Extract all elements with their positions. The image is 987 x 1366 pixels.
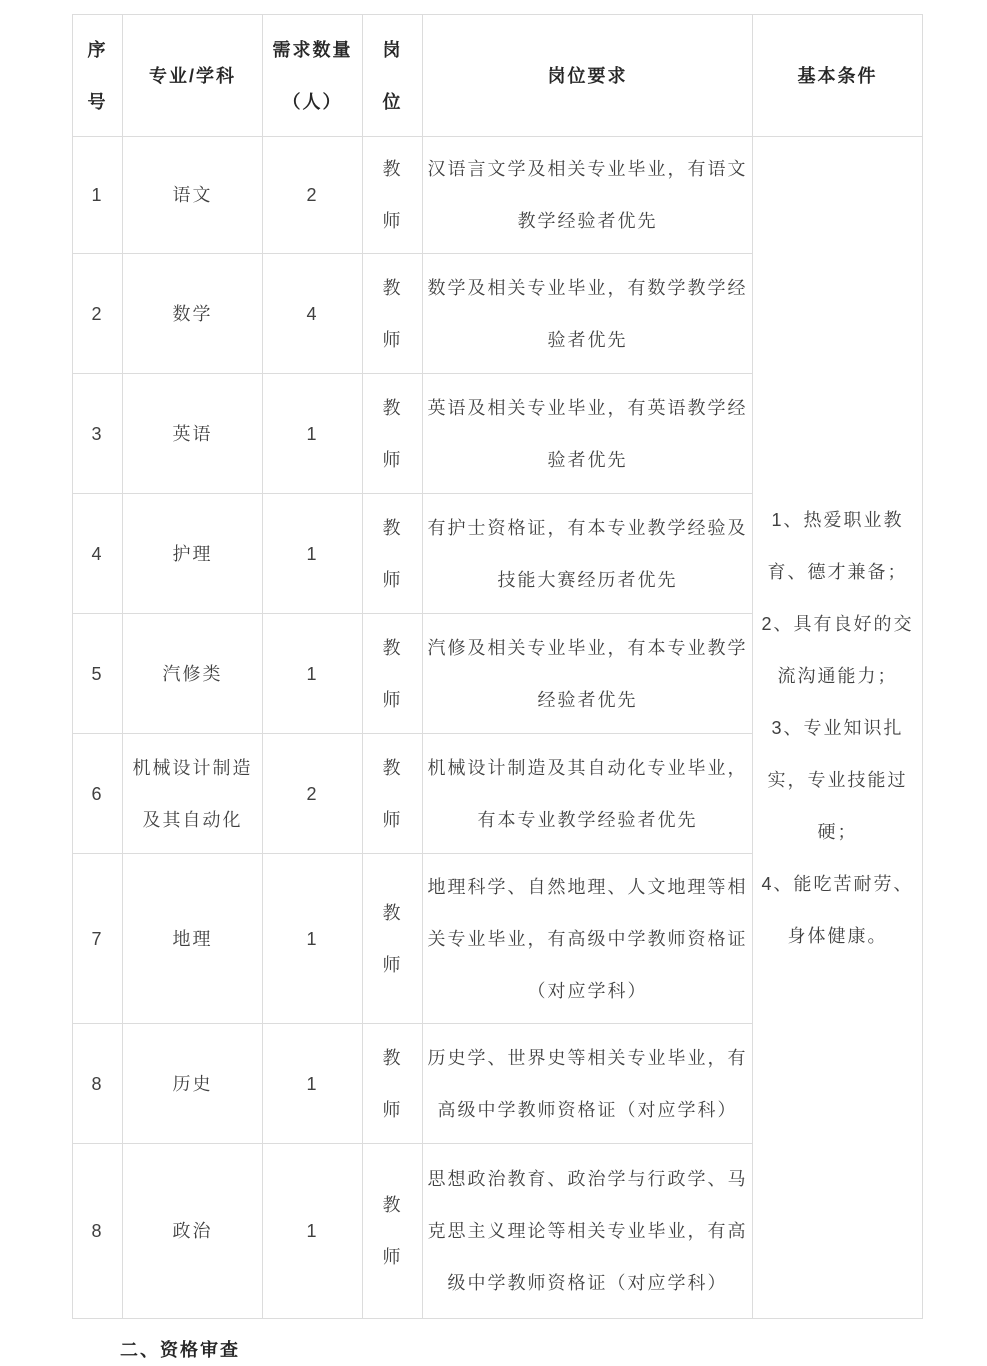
- cell-major: 英语: [123, 374, 263, 494]
- cell-count: 1: [263, 1144, 363, 1319]
- section-heading: 二、资格审查: [120, 1336, 240, 1364]
- cell-index: 7: [73, 854, 123, 1024]
- cell-major: 语文: [123, 137, 263, 254]
- cell-position: 教 师: [363, 734, 423, 854]
- cell-index: 8: [73, 1144, 123, 1319]
- cell-major: 地理: [123, 854, 263, 1024]
- cell-major: 汽修类: [123, 614, 263, 734]
- cell-position: 教 师: [363, 614, 423, 734]
- col-header-index: 序 号: [73, 15, 123, 137]
- cell-count: 1: [263, 1024, 363, 1144]
- cell-index: 5: [73, 614, 123, 734]
- cell-index: 3: [73, 374, 123, 494]
- cell-count: 1: [263, 494, 363, 614]
- recruitment-table: 序 号 专业/学科 需求数量 （人） 岗 位 岗位要求 基本条件 1 语文 2 …: [72, 14, 923, 1319]
- cell-requirements: 地理科学、自然地理、人文地理等相关专业毕业，有高级中学教师资格证（对应学科）: [423, 854, 753, 1024]
- cell-requirements: 机械设计制造及其自动化专业毕业，有本专业教学经验者优先: [423, 734, 753, 854]
- cell-index: 6: [73, 734, 123, 854]
- cell-requirements: 汉语言文学及相关专业毕业，有语文教学经验者优先: [423, 137, 753, 254]
- cell-position: 教 师: [363, 494, 423, 614]
- table-row: 1 语文 2 教 师 汉语言文学及相关专业毕业，有语文教学经验者优先 1、热爱职…: [73, 137, 923, 254]
- cell-requirements: 历史学、世界史等相关专业毕业，有高级中学教师资格证（对应学科）: [423, 1024, 753, 1144]
- cell-index: 4: [73, 494, 123, 614]
- cell-major: 政治: [123, 1144, 263, 1319]
- cell-position: 教 师: [363, 254, 423, 374]
- cell-major: 历史: [123, 1024, 263, 1144]
- cell-major: 数学: [123, 254, 263, 374]
- cell-count: 2: [263, 734, 363, 854]
- col-header-conditions: 基本条件: [753, 15, 923, 137]
- cell-requirements: 有护士资格证，有本专业教学经验及技能大赛经历者优先: [423, 494, 753, 614]
- cell-major: 机械设计制造及其自动化: [123, 734, 263, 854]
- cell-count: 2: [263, 137, 363, 254]
- cell-basic-conditions: 1、热爱职业教育、德才兼备； 2、具有良好的交流沟通能力； 3、专业知识扎实，专…: [753, 137, 923, 1319]
- cell-requirements: 数学及相关专业毕业，有数学教学经验者优先: [423, 254, 753, 374]
- cell-count: 4: [263, 254, 363, 374]
- cell-major: 护理: [123, 494, 263, 614]
- cell-requirements: 英语及相关专业毕业，有英语教学经验者优先: [423, 374, 753, 494]
- table-header-row: 序 号 专业/学科 需求数量 （人） 岗 位 岗位要求 基本条件: [73, 15, 923, 137]
- col-header-requirements: 岗位要求: [423, 15, 753, 137]
- cell-position: 教 师: [363, 1144, 423, 1319]
- cell-count: 1: [263, 614, 363, 734]
- document-page: 序 号 专业/学科 需求数量 （人） 岗 位 岗位要求 基本条件 1 语文 2 …: [0, 0, 987, 1366]
- cell-position: 教 师: [363, 374, 423, 494]
- cell-count: 1: [263, 854, 363, 1024]
- cell-requirements: 思想政治教育、政治学与行政学、马克思主义理论等相关专业毕业，有高级中学教师资格证…: [423, 1144, 753, 1319]
- col-header-position: 岗 位: [363, 15, 423, 137]
- cell-count: 1: [263, 374, 363, 494]
- cell-requirements: 汽修及相关专业毕业，有本专业教学经验者优先: [423, 614, 753, 734]
- cell-position: 教 师: [363, 854, 423, 1024]
- cell-position: 教 师: [363, 137, 423, 254]
- col-header-major: 专业/学科: [123, 15, 263, 137]
- cell-index: 2: [73, 254, 123, 374]
- cell-index: 8: [73, 1024, 123, 1144]
- cell-index: 1: [73, 137, 123, 254]
- cell-position: 教 师: [363, 1024, 423, 1144]
- col-header-count: 需求数量 （人）: [263, 15, 363, 137]
